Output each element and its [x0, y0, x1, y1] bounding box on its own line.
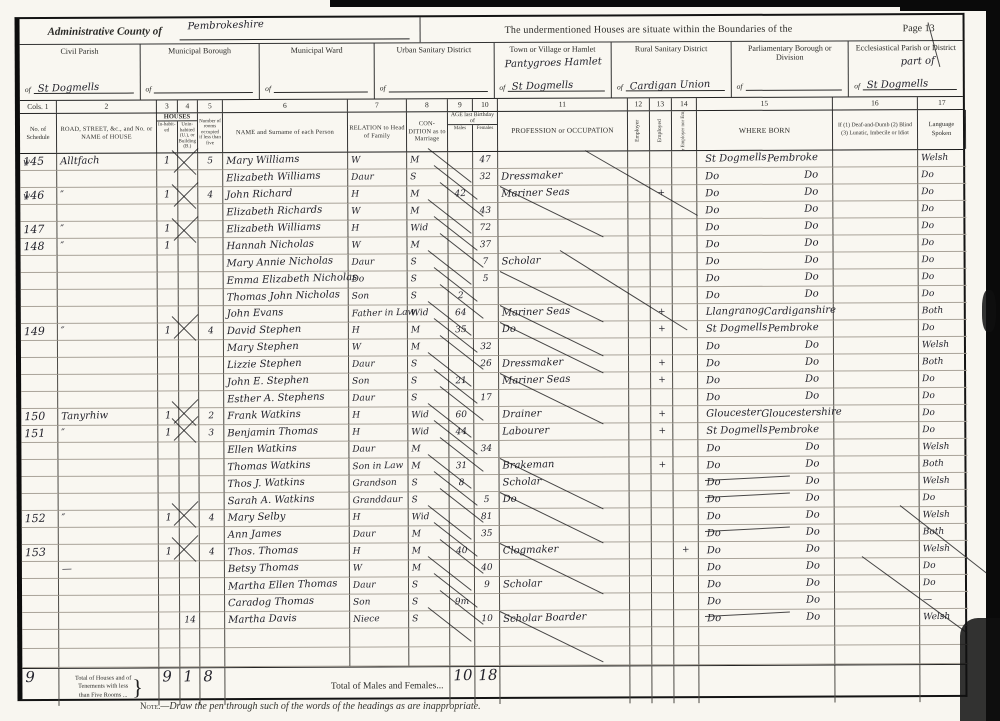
- cell-employed: [650, 202, 672, 219]
- cell-age-female: 32: [474, 339, 499, 356]
- brace-glyph: }: [132, 674, 143, 700]
- cell-profession: Scholar: [500, 474, 630, 492]
- cell-profession: Labourer: [499, 423, 629, 441]
- cell-age-male: [450, 526, 475, 543]
- cell-neither: [673, 389, 698, 406]
- cell-rooms: [200, 612, 225, 629]
- cell-age-female: [475, 475, 500, 492]
- cell-neither: [673, 270, 698, 287]
- cell-inhabited: 1: [158, 425, 179, 442]
- cell-relation: W: [348, 203, 407, 220]
- district-box: Ecclesiastical Parish or District part o…: [849, 41, 963, 96]
- cell-infirmity: [835, 592, 920, 609]
- of-prefix: of: [265, 84, 271, 93]
- cell-condition: Wid: [408, 424, 449, 441]
- cell-employed: [652, 576, 674, 593]
- of-prefix: of: [737, 82, 743, 91]
- cell-condition: Wid: [408, 407, 449, 424]
- cell-language: Do: [918, 218, 966, 235]
- of-prefix: of: [25, 85, 31, 94]
- cell-road-house: [59, 595, 159, 612]
- cell-infirmity: [834, 439, 919, 456]
- cell-schedule-no: 146w: [20, 188, 57, 205]
- cell-age-female: 40: [475, 560, 500, 577]
- cell-condition: Wid: [408, 305, 449, 322]
- cell-condition: S: [409, 492, 450, 509]
- cell-name: John Evans: [224, 306, 349, 324]
- cell-language: Do: [919, 405, 967, 422]
- cell-name: Ellen Watkins: [224, 442, 349, 460]
- cell-relation: H: [350, 509, 409, 526]
- cell-neither: [672, 185, 697, 202]
- cell-where-born: LlangranogCardiganshire: [698, 304, 834, 322]
- header-age-females: Females: [473, 125, 497, 151]
- header-relation: RELATION to Head of Family: [348, 112, 407, 151]
- cell-infirmity: [833, 150, 918, 167]
- cell-infirmity: [835, 473, 920, 490]
- cell-name: Mary Annie Nicholas: [224, 255, 349, 273]
- cell-road-house: [59, 648, 159, 667]
- cell-where-born: DoDo: [699, 508, 835, 526]
- cell-name: Mary Stephen: [224, 340, 349, 358]
- cell-profession: [500, 508, 630, 526]
- cell-neither: [672, 151, 697, 168]
- blank-rule: [180, 38, 410, 40]
- cell-profession: Do: [500, 491, 630, 509]
- blank-rows: [22, 626, 965, 668]
- header-employed: Employed: [650, 111, 672, 150]
- cell-rooms: [200, 527, 225, 544]
- cell-schedule-no: [22, 477, 59, 494]
- header-profession: PROFESSION or OCCUPATION: [498, 111, 628, 151]
- cell-where-born: DoDo: [699, 525, 835, 543]
- blank-rule: St Dogmells: [34, 83, 134, 94]
- cell-employer: [629, 304, 651, 321]
- cell-age-female: 81: [475, 509, 500, 526]
- cell-schedule-no: [22, 579, 59, 596]
- cell-uninhabited: [180, 595, 200, 612]
- cell-relation: H: [348, 220, 407, 237]
- cell-where-born: DoDo: [698, 355, 834, 373]
- blank-rule: [745, 79, 842, 90]
- cell-road-house: [59, 578, 159, 595]
- cell-employer: [629, 355, 651, 372]
- cell-name: [225, 629, 350, 649]
- cell-road-house: ″: [57, 238, 157, 255]
- cell-age-male: 60: [449, 407, 474, 424]
- cell-infirmity: [834, 456, 919, 473]
- cell-rooms: [200, 648, 225, 667]
- cell-relation: Granddaur: [350, 492, 409, 509]
- column-number: 16: [833, 97, 918, 109]
- cell-employer: [628, 202, 650, 219]
- column-number: 7: [348, 99, 407, 111]
- cell-relation: Daur: [349, 441, 408, 458]
- cell-employed: [652, 491, 674, 508]
- cell-age-female: 26: [474, 356, 499, 373]
- header-neither: Neither Employer nor Employed: [672, 111, 697, 150]
- cell-road-house: [58, 459, 158, 476]
- cell-condition: S: [408, 254, 449, 271]
- cell-name: Elizabeth Williams: [223, 221, 348, 239]
- scan-corner-blemish: [960, 618, 1000, 721]
- cell-infirmity: [834, 354, 919, 371]
- cell-road-house: [58, 391, 158, 408]
- cell-where-born: DoDo: [697, 168, 833, 186]
- cell-neither: [673, 338, 698, 355]
- cell-where-born: DoDo: [698, 372, 834, 390]
- column-number: 11: [498, 98, 628, 111]
- cell-uninhabited: [179, 340, 199, 357]
- cell-employed: [652, 508, 674, 525]
- cell-infirmity: [834, 320, 919, 337]
- cell-language: Welsh: [920, 473, 968, 490]
- admin-county-value: Pembrokeshire: [187, 18, 264, 34]
- district-box: Urban Sanitary District of: [375, 43, 495, 99]
- cell-relation: Daur: [350, 526, 409, 543]
- cell-where-born: DoDo: [697, 185, 833, 203]
- cell-employer: [629, 287, 651, 304]
- cell-uninhabited: [180, 561, 200, 578]
- cell-schedule-no: [21, 392, 58, 409]
- cell-name: Elizabeth Williams: [223, 170, 348, 188]
- cell-age-female: [474, 373, 499, 390]
- cell-profession: [500, 627, 630, 647]
- cell-schedule-no: [22, 494, 59, 511]
- cell-schedule-no: 152: [22, 511, 59, 528]
- cell-inhabited: 1: [157, 153, 178, 170]
- column-number: 15: [697, 98, 833, 111]
- cell-employer: [630, 542, 652, 559]
- cell-age-male: [450, 628, 475, 647]
- cell-employer: [630, 646, 652, 665]
- cell-age-female: [474, 305, 499, 322]
- cell-schedule-no: [21, 273, 58, 290]
- cell-name: Frank Watkins: [224, 408, 349, 426]
- cell-inhabited: [159, 578, 180, 595]
- cell-relation: Son: [349, 373, 408, 390]
- cell-employer: [629, 423, 651, 440]
- cell-infirmity: [833, 235, 918, 252]
- cell-schedule-no: [20, 171, 57, 188]
- cell-schedule-no: [21, 290, 58, 307]
- cell-language: Do: [919, 320, 967, 337]
- cell-employed: [652, 542, 674, 559]
- cell-age-female: [474, 424, 499, 441]
- district-label: Civil Parish: [24, 47, 136, 57]
- cell-inhabited: [159, 629, 180, 648]
- admin-county-label: Administrative County of: [48, 25, 162, 37]
- cell-infirmity: [833, 184, 918, 201]
- district-handwritten-value: Cardigan Union: [630, 78, 711, 94]
- cell-employed: [651, 338, 673, 355]
- cell-employer: [630, 610, 652, 627]
- cell-neither: [674, 593, 699, 610]
- cell-profession: [498, 219, 628, 237]
- cell-infirmity: [834, 388, 919, 405]
- cell-profession: Do: [499, 321, 629, 339]
- cell-where-born: [699, 646, 835, 666]
- cell-neither: [673, 287, 698, 304]
- cell-language: Welsh: [920, 507, 968, 524]
- cell-schedule-no: [22, 613, 59, 630]
- census-scan-page: { "page": { "admin_county_label": "Admin…: [0, 0, 1000, 721]
- cell-road-house: [58, 442, 158, 459]
- cell-rooms: [198, 221, 223, 238]
- cell-age-male: [448, 169, 473, 186]
- cell-infirmity: [833, 201, 918, 218]
- cell-age-female: [474, 407, 499, 424]
- cell-uninhabited: [179, 374, 199, 391]
- cell-inhabited: [157, 204, 178, 221]
- cell-road-house: Alltfach: [57, 153, 157, 170]
- cell-language: Do: [919, 286, 967, 303]
- cell-employed: [652, 559, 674, 576]
- cell-inhabited: [158, 272, 179, 289]
- cell-neither: [674, 508, 699, 525]
- of-prefix: of: [617, 82, 623, 91]
- cell-age-male: [449, 254, 474, 271]
- cell-where-born: St DogmellsPembroke: [698, 423, 834, 441]
- cell-relation: W: [348, 152, 407, 169]
- scan-blemish: [982, 290, 996, 332]
- cell-relation: Daur: [348, 169, 407, 186]
- cell-profession: [498, 202, 628, 220]
- cell-schedule-no: [21, 460, 58, 477]
- cell-uninhabited: [180, 629, 200, 648]
- blank-rule: [154, 82, 253, 93]
- cell-inhabited: 1: [157, 238, 178, 255]
- cell-where-born: DoDo: [699, 491, 835, 509]
- cell-employed: +: [650, 185, 672, 202]
- cell-schedule-no: [21, 256, 58, 273]
- cell-infirmity: [835, 626, 920, 645]
- cell-relation: Niece: [350, 611, 409, 628]
- header-schedule: No. of Schedule: [20, 114, 57, 153]
- cell-employed: [651, 389, 673, 406]
- cell-profession: [498, 151, 628, 169]
- cell-language: Do: [920, 575, 968, 592]
- cell-age-female: 43: [473, 203, 498, 220]
- cell-language: Welsh: [920, 541, 968, 558]
- cell-neither: [674, 627, 699, 646]
- cell-employer: [629, 406, 651, 423]
- cell-employed: +: [651, 321, 673, 338]
- cell-infirmity: [834, 405, 919, 422]
- cell-employer: [630, 627, 652, 646]
- cell-condition: M: [408, 441, 449, 458]
- header-rooms: Number of rooms occupied if less than fi…: [198, 113, 223, 152]
- cell-neither: [672, 219, 697, 236]
- cell-schedule-no: [21, 307, 58, 324]
- cell-inhabited: [158, 289, 179, 306]
- cell-employed: [650, 151, 672, 168]
- cell-name: Martha Ellen Thomas: [225, 578, 350, 596]
- cell-language: Both: [919, 354, 967, 371]
- cell-age-male: [448, 237, 473, 254]
- cell-road-house: [58, 357, 158, 374]
- cell-language: —: [920, 592, 968, 609]
- cell-name: Thos J. Watkins: [225, 476, 350, 494]
- cell-neither: [674, 610, 699, 627]
- cell-where-born: DoDo: [699, 610, 835, 628]
- header-name: NAME and Surname of each Person: [223, 113, 348, 153]
- cell-rooms: [199, 442, 224, 459]
- header-where-born: WHERE BORN: [697, 111, 833, 151]
- cell-name: Thomas Watkins: [224, 459, 349, 477]
- cell-where-born: St DogmellsPembroke: [698, 321, 834, 339]
- cell-infirmity: [835, 490, 920, 507]
- cell-age-male: [449, 271, 474, 288]
- cell-employed: [651, 270, 673, 287]
- cell-age-male: [449, 356, 474, 373]
- cell-language: Welsh: [918, 150, 966, 167]
- of-prefix: of: [145, 84, 151, 93]
- district-label: Urban Sanitary District: [379, 45, 490, 55]
- cell-language: Welsh: [920, 609, 968, 626]
- cell-neither: [672, 236, 697, 253]
- of-prefix: of: [499, 83, 505, 92]
- cell-neither: [673, 457, 698, 474]
- cell-age-male: 9m: [450, 594, 475, 611]
- cell-where-born: St DogmellsPembroke: [697, 151, 833, 169]
- cell-where-born: DoDo: [698, 338, 834, 356]
- cell-where-born: DoDo: [698, 440, 834, 458]
- district-of-line: of: [265, 82, 368, 93]
- cell-employer: [628, 151, 650, 168]
- cell-inhabited: [158, 357, 179, 374]
- cell-name: Elizabeth Richards: [223, 204, 348, 222]
- cell-road-house: ″: [57, 221, 157, 238]
- cell-language: Do: [920, 558, 968, 575]
- district-label: Municipal Borough: [144, 46, 255, 56]
- cell-relation: [350, 647, 409, 666]
- cell-condition: S: [407, 169, 448, 186]
- cell-schedule-no: 147: [20, 222, 57, 239]
- cell-age-male: [450, 647, 475, 666]
- cell-age-female: 47: [473, 152, 498, 169]
- cell-age-female: 32: [473, 169, 498, 186]
- cell-employer: [630, 474, 652, 491]
- cell-profession: [500, 559, 630, 577]
- cell-road-house: ″: [57, 187, 157, 204]
- cell-age-male: [449, 441, 474, 458]
- cell-neither: [674, 646, 699, 665]
- total-schedule-cell: 9: [22, 669, 59, 706]
- cell-language: Do: [919, 422, 967, 439]
- cell-neither: [673, 406, 698, 423]
- totals-empty-cell: [630, 666, 652, 703]
- cell-where-born: DoDo: [698, 253, 834, 271]
- total-inhabited-cell: 9: [159, 668, 180, 705]
- cell-age-male: [448, 152, 473, 169]
- district-of-line: of: [737, 79, 843, 90]
- cell-schedule-no: 149: [21, 324, 58, 341]
- cell-profession: Dressmaker: [498, 168, 628, 186]
- cell-name: Hannah Nicholas: [223, 238, 348, 256]
- cell-rooms: [199, 255, 224, 272]
- cell-employed: [650, 219, 672, 236]
- cell-age-female: [475, 628, 500, 647]
- cell-age-male: [450, 611, 475, 628]
- cell-employed: [651, 287, 673, 304]
- cell-rooms: [198, 204, 223, 221]
- cell-age-female: [474, 458, 499, 475]
- cell-where-born: GloucesterGloucestershire: [698, 406, 834, 424]
- cell-road-house: [58, 306, 158, 323]
- cell-schedule-no: [21, 375, 58, 392]
- cell-schedule-no: 145w: [20, 154, 57, 171]
- district-of-line: of Cardigan Union: [617, 80, 725, 91]
- cell-infirmity: [834, 252, 919, 269]
- cell-employer: [628, 168, 650, 185]
- cell-uninhabited: [180, 476, 200, 493]
- cell-language: Do: [920, 490, 968, 507]
- header-condition: CON-DITION as to Marriage: [407, 112, 448, 151]
- cell-rooms: [198, 170, 223, 187]
- total-uninhabited-cell: 1: [180, 668, 200, 705]
- scan-edge-right: [986, 0, 1000, 721]
- cell-road-house: Tanyrhiw: [58, 408, 158, 425]
- column-number: 10: [473, 99, 498, 111]
- cell-condition: M: [408, 458, 449, 475]
- totals-row: 9 Total of Houses and ofTenements with l…: [22, 664, 965, 706]
- cell-employer: [629, 321, 651, 338]
- cell-infirmity: [834, 371, 919, 388]
- cell-schedule-no: 153: [22, 545, 59, 562]
- cell-name: Betsy Thomas: [225, 561, 350, 579]
- cell-rooms: [199, 357, 224, 374]
- cell-age-female: [475, 647, 500, 666]
- cell-uninhabited: [179, 408, 199, 425]
- header-age-group: AGE last Birthday of Males Females: [448, 112, 498, 151]
- cell-condition: M: [408, 322, 449, 339]
- cell-profession: Brakeman: [499, 457, 629, 475]
- cell-neither: [674, 474, 699, 491]
- cell-condition: S: [408, 356, 449, 373]
- cell-employer: [629, 338, 651, 355]
- column-header-row: No. of Schedule ROAD, STREET, &c., and N…: [20, 110, 963, 154]
- total-rooms-cell: 8: [200, 668, 225, 705]
- total-females-cell: 18: [475, 667, 500, 704]
- cell-road-house: [59, 527, 159, 544]
- cell-relation: H: [349, 424, 408, 441]
- column-number: 6: [223, 100, 348, 113]
- cell-inhabited: 1: [159, 544, 180, 561]
- cell-schedule-no: [22, 649, 59, 668]
- totals-empty-cell: [500, 666, 630, 704]
- cell-rooms: [199, 289, 224, 306]
- cell-infirmity: [834, 286, 919, 303]
- cell-where-born: DoDo: [697, 236, 833, 254]
- cell-uninhabited: [179, 323, 199, 340]
- cell-condition: Wid: [409, 509, 450, 526]
- cell-infirmity: [835, 558, 920, 575]
- cell-rooms: [199, 459, 224, 476]
- cell-age-male: [450, 560, 475, 577]
- cell-infirmity: [835, 575, 920, 592]
- cell-where-born: DoDo: [698, 270, 834, 288]
- district-box: Rural Sanitary District of Cardigan Unio…: [612, 42, 732, 98]
- cell-uninhabited: [178, 187, 198, 204]
- cell-employed: +: [651, 423, 673, 440]
- cell-road-house: [59, 476, 159, 493]
- cell-relation: Daur: [349, 356, 408, 373]
- cell-employer: [629, 253, 651, 270]
- cell-condition: M: [409, 526, 450, 543]
- totals-empty-cell: [674, 666, 699, 703]
- cell-name: Thos. Thomas: [225, 544, 350, 562]
